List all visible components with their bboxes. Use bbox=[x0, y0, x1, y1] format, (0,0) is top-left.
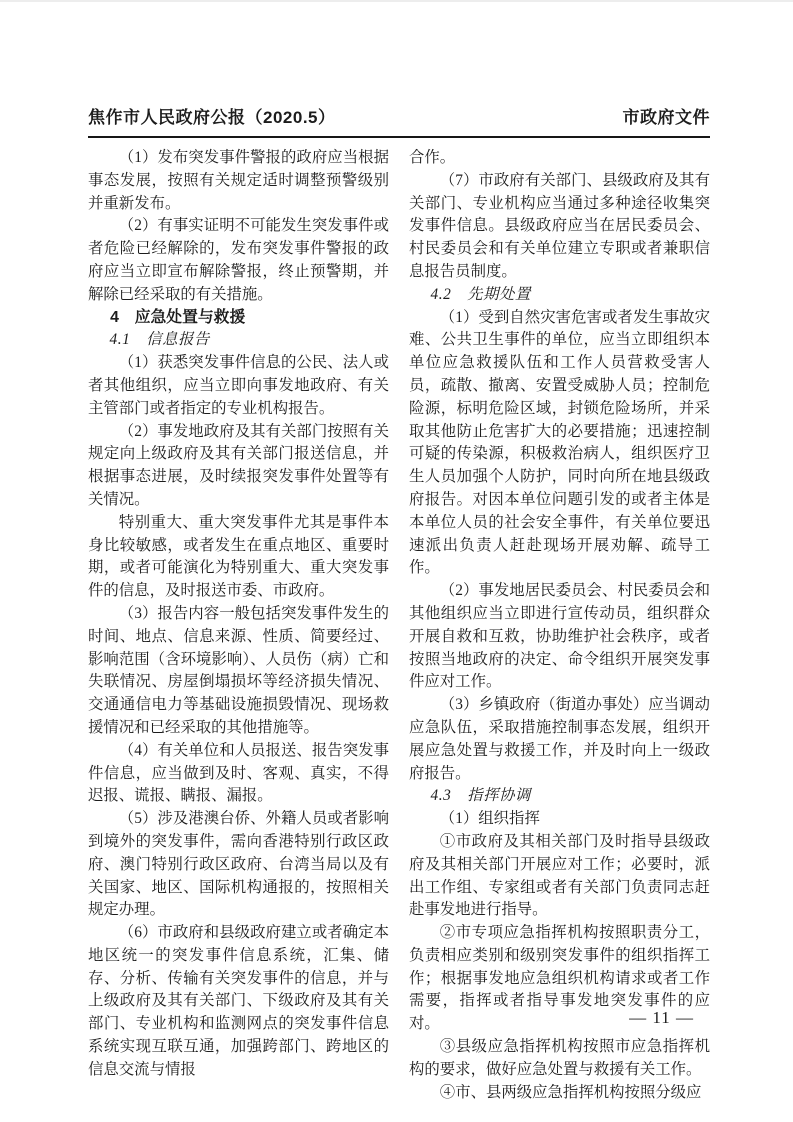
left-column: （1）发布突发事件警报的政府应当根据事态发展，按照有关规定适时调整预警级别并重新… bbox=[88, 147, 389, 1104]
page-top-edge bbox=[0, 0, 793, 2]
paragraph: （2）事发地居民委员会、村民委员会和其他组织应当立即进行宣传动员，组织群众开展自… bbox=[409, 580, 710, 694]
gazette-page: 焦作市人民政府公报（2020.5） 市政府文件 （1）发布突发事件警报的政府应当… bbox=[0, 0, 793, 1122]
paragraph: （2）事发地政府及其有关部门按照有关规定向上级政府及其有关部门报送信息，并根据事… bbox=[88, 421, 389, 512]
doc-category: 市政府文件 bbox=[623, 103, 711, 128]
subsection-heading: 4.2 先期处置 bbox=[409, 284, 710, 307]
paragraph-continuation: 合作。 bbox=[409, 147, 710, 170]
paragraph: 特别重大、重大突发事件尤其是事件本身比较敏感，或者发生在重点地区、重要时期，或者… bbox=[88, 512, 389, 603]
paragraph: （6）市政府和县级政府建立或者确定本地区统一的突发事件信息系统，汇集、储存、分析… bbox=[88, 922, 389, 1082]
page-number: — 11 — bbox=[88, 1008, 710, 1028]
section-heading: 4 应急处置与救援 bbox=[88, 307, 389, 330]
page-header: 焦作市人民政府公报（2020.5） 市政府文件 bbox=[88, 103, 710, 138]
paragraph: （1）受到自然灾害危害或者发生事故灾难、公共卫生事件的单位，应当立即组织本单位应… bbox=[409, 307, 710, 581]
paragraph: （1）获悉突发事件信息的公民、法人或者其他组织，应当立即向事发地政府、有关主管部… bbox=[88, 352, 389, 420]
paragraph: ①市政府及其相关部门及时指导县级政府及其相关部门开展应对工作；必要时，派出工作组… bbox=[409, 831, 710, 922]
subsection-heading: 4.1 信息报告 bbox=[88, 329, 389, 352]
paragraph: （3）报告内容一般包括突发事件发生的时间、地点、信息来源、性质、简要经过、影响范… bbox=[88, 603, 389, 740]
right-column: 合作。（7）市政府有关部门、县级政府及其有关部门、专业机构应当通过多种途径收集突… bbox=[409, 147, 710, 1104]
paragraph: （4）有关单位和人员报送、报告突发事件信息，应当做到及时、客观、真实，不得迟报、… bbox=[88, 740, 389, 808]
paragraph: （7）市政府有关部门、县级政府及其有关部门、专业机构应当通过多种途径收集突发事件… bbox=[409, 170, 710, 284]
paragraph: ④市、县两级应急指挥机构按照分级应 bbox=[409, 1082, 710, 1105]
gazette-title: 焦作市人民政府公报（2020.5） bbox=[88, 103, 336, 128]
paragraph: （1）发布突发事件警报的政府应当根据事态发展，按照有关规定适时调整预警级别并重新… bbox=[88, 147, 389, 215]
paragraph: （3）乡镇政府（街道办事处）应当调动应急队伍，采取措施控制事态发展，组织开展应急… bbox=[409, 694, 710, 785]
paragraph: （2）有事实证明不可能发生突发事件或者危险已经解除的，发布突发事件警报的政府应当… bbox=[88, 215, 389, 306]
subsection-heading: 4.3 指挥协调 bbox=[409, 785, 710, 808]
paragraph: （1）组织指挥 bbox=[409, 808, 710, 831]
page-content: （1）发布突发事件警报的政府应当根据事态发展，按照有关规定适时调整预警级别并重新… bbox=[88, 147, 710, 1104]
paragraph: ③县级应急指挥机构按照市应急指挥机构的要求，做好应急处置与救援有关工作。 bbox=[409, 1036, 710, 1082]
paragraph: （5）涉及港澳台侨、外籍人员或者影响到境外的突发事件，需向香港特别行政区政府、澳… bbox=[88, 808, 389, 922]
